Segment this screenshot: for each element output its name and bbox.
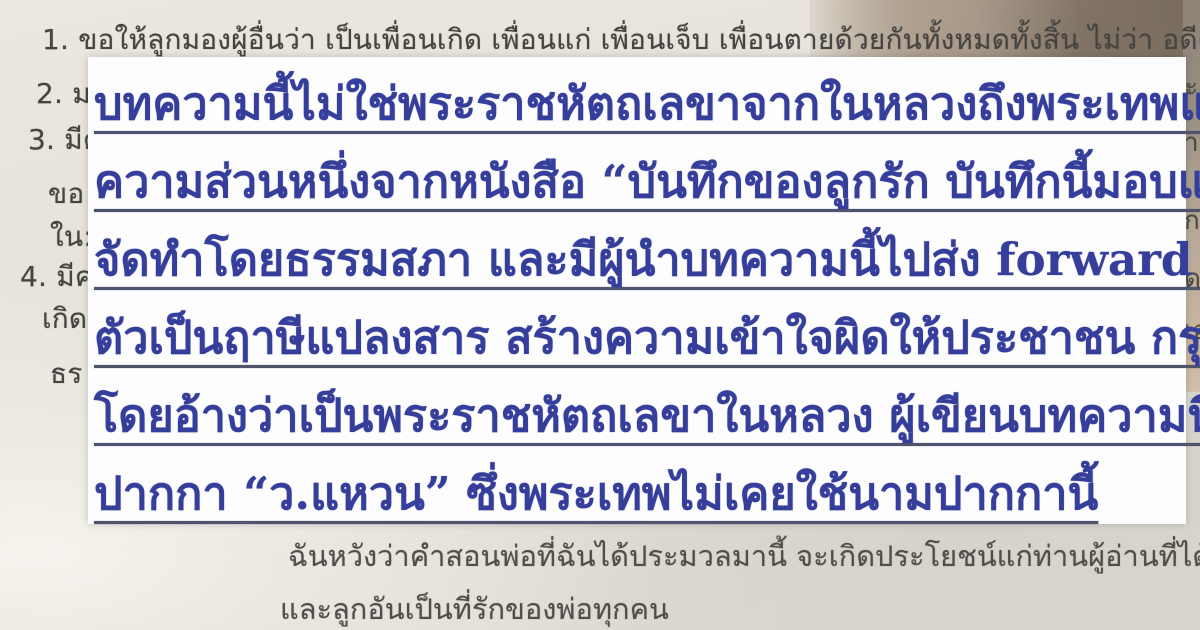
background-list-item-1: 1. ขอให้ลูกมองผู้อื่นว่า เป็นเพื่อนเกิด … <box>42 18 1200 62</box>
note-line-5: โดยอ้างว่าเป็นพระราชหัตถเลขาในหลวง ผู้เข… <box>94 379 1200 451</box>
note-line-3: จัดทำโดยธรรมสภา และมีผู้นำบทความนี้ไปส่ง… <box>94 223 1200 295</box>
background-text-fragment: ขอ <box>48 172 84 216</box>
page-canvas: 1. ขอให้ลูกมองผู้อื่นว่า เป็นเพื่อนเกิด … <box>0 0 1200 630</box>
background-text-fragment: เกิด <box>42 297 87 341</box>
overlay-note-box: บทความนี้ไม่ใช่พระราชหัตถเลขาจากในหลวงถึ… <box>88 57 1186 524</box>
closing-line-2: และลูกอันเป็นที่รักของพ่อทุกคน <box>280 586 669 630</box>
background-text-fragment: ใน: <box>50 215 93 259</box>
note-line-1: บทความนี้ไม่ใช่พระราชหัตถเลขาจากในหลวงถึ… <box>94 67 1200 139</box>
note-line-2: ความส่วนหนึ่งจากหนังสือ “บันทึกของลูกรัก… <box>94 145 1200 217</box>
note-line-4: ตัวเป็นฤาษีแปลงสาร สร้างความเข้าใจผิดให้… <box>94 301 1200 373</box>
closing-line-1: ฉันหวังว่าคำสอนพ่อที่ฉันได้ประมวลมานี้ จ… <box>288 533 1200 579</box>
note-line-6: ปากกา “ว.แหวน” ซึ่งพระเทพไม่เคยใช้นามปาก… <box>94 457 1098 529</box>
background-list-item-4-fragment: 4. มีค <box>20 255 94 299</box>
background-text-fragment: ธร <box>50 352 83 396</box>
